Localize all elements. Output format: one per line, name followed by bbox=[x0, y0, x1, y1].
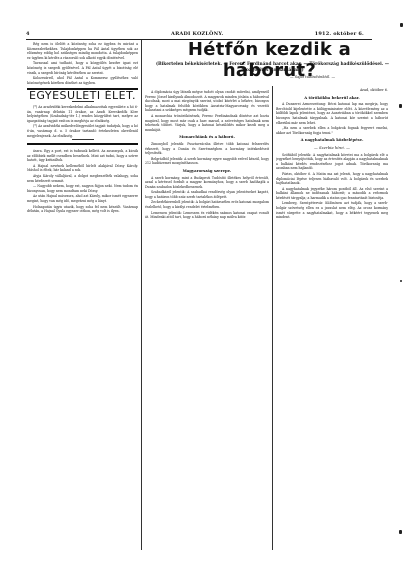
paragraph: Lemessen jelentik: Lemessen és vidékén s… bbox=[145, 211, 269, 220]
paragraph: Rég nem is ölelőtt a közönség soha ez üg… bbox=[27, 42, 138, 60]
middle-column: A diplomácia úgy látszik mégse tudott ol… bbox=[145, 90, 269, 550]
paragraph: „Ha nem a szerbek ellen a bolgárok fogna… bbox=[276, 126, 388, 135]
paragraph: A monarchia trónörökösének, Ferenc Ferdi… bbox=[145, 114, 269, 132]
scan-mark bbox=[400, 280, 402, 282]
paragraph: A diplomácia úgy látszik mégse tudott ol… bbox=[145, 90, 269, 113]
subsection-title: Monarchiánk és a háború. bbox=[145, 135, 269, 140]
headline: Hétfőn kezdik a háborut? bbox=[147, 39, 392, 81]
paragraph: Belgrádból jelentik: A szerb kormány egy… bbox=[145, 157, 269, 166]
paragraph: Holnapután úgyis utazik, hogy soha fel n… bbox=[27, 205, 138, 214]
paragraph: Atyja Károly vállaljával, a dolgot megbe… bbox=[27, 174, 138, 183]
subsection-title: A nagyhatalmak közbelépése. bbox=[276, 138, 388, 143]
divider bbox=[72, 139, 94, 140]
paragraph: — Nagyobb nekem, hogy ezt, nagyon fájjon… bbox=[27, 184, 138, 193]
scan-mark bbox=[400, 23, 403, 27]
column-divider bbox=[272, 86, 273, 550]
paragraph: (*) Az aradvidéki műkedvelőegyesület tag… bbox=[27, 124, 138, 138]
paragraph: Zimonyból jelentik: Pusztavrácsba illetv… bbox=[145, 142, 269, 156]
paragraph: Kolozsvárról, ahol Pál Antal a Kommersz … bbox=[27, 76, 138, 85]
left-column: Rég nem is ölelőtt a közönség soha ez üg… bbox=[27, 42, 138, 554]
scan-mark bbox=[399, 530, 402, 534]
paragraph: A szerb kormány, mint a Budapesti Tudósí… bbox=[145, 176, 269, 190]
paragraph: Szófiából jelentik: A nagyhatalmak követ… bbox=[276, 153, 388, 171]
paragraph: A nagyhatalmak jegyzéke három pontból ál… bbox=[276, 187, 388, 201]
paragraph: Az után Hajnal másvasra, ahol azt Károly… bbox=[27, 194, 138, 203]
section-title: EGYESÜLETI ÉLET. bbox=[27, 94, 138, 99]
subsection-title: A törökökba bekerül akar. bbox=[276, 96, 388, 101]
page-number: 4 bbox=[26, 31, 30, 37]
paragraph: Tavasszal ami tudható, hogy a közgyűlés … bbox=[27, 61, 138, 75]
byline: — Saját tudósítónktól. — bbox=[290, 75, 335, 79]
paragraph: Lemberg, Szentpétervár. Különösen azt tu… bbox=[276, 201, 388, 219]
subheadline: (Bikertelen békekisérletek. — Ferenc Fer… bbox=[145, 62, 400, 73]
newspaper-page: 4 ARADI KOZLÖNY. 1912. október 6. Hétfőn… bbox=[0, 0, 406, 564]
section-rule bbox=[27, 143, 138, 145]
scan-mark bbox=[399, 104, 402, 108]
subsection-byline: — Szerbia hírei. — bbox=[276, 146, 388, 151]
paragraph: Szabadkáról jelentik: A szabadkai rendőr… bbox=[145, 190, 269, 199]
issue-date: 1912. október 6. bbox=[315, 31, 364, 37]
paragraph: A Hajnal nevének kelleméből hírlelt alak… bbox=[27, 164, 138, 173]
paragraph: A Dunzerei Armeezeitung: Bécsi katonai l… bbox=[276, 102, 388, 125]
paragraph: ászra. Egy a port, ezt is tudnunk kellet… bbox=[27, 149, 138, 163]
subsection-title: Magyarország szerepe. bbox=[145, 169, 269, 174]
paragraph: (*) Az aradvidéki kereskedelmi alkalmazo… bbox=[27, 105, 138, 123]
paper-title: ARADI KOZLÖNY. bbox=[171, 31, 223, 37]
right-column: Arad, október 6. A törökökba bekerül aka… bbox=[276, 88, 388, 548]
paragraph: Párizs, október 6. A Matin ma azt jelent… bbox=[276, 172, 388, 186]
dateline: Arad, október 6. bbox=[276, 88, 388, 93]
paragraph: Zeckerlékierenből jelentik: A bolgári ha… bbox=[145, 200, 269, 209]
column-divider bbox=[141, 40, 142, 550]
